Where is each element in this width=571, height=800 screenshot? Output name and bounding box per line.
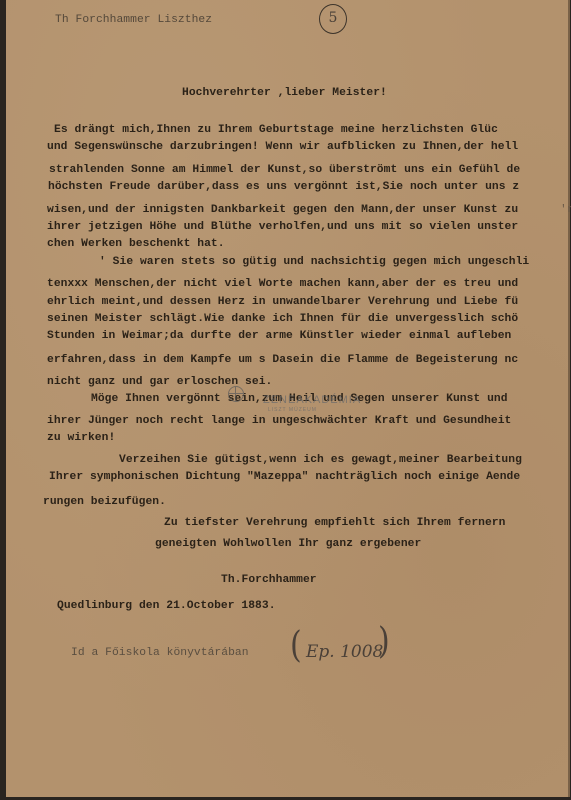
body-line: rungen beizufügen. [43,496,166,509]
body-line: Es drängt mich,Ihnen zu Ihrem Geburtstag… [54,124,498,137]
page-number-circled: 5 [319,4,347,34]
salutation: Hochverehrter ,lieber Meister! [182,87,387,100]
paren-open: ( [290,625,302,667]
body-line: chen Werken beschenkt hat. [47,238,225,251]
body-line: seinen Meister schlägt.Wie danke ich Ihn… [47,313,518,326]
body-line: zu wirken! [47,432,115,445]
handwritten-reference: Ep. 1008 [306,642,383,662]
letter-page: Th Forchhammer Liszthez 5 Hochverehrter … [6,0,570,797]
body-line: ihrer jetzigen Höhe und Blüthe verholfen… [47,221,518,234]
stamp-title: ZENEAKADÉMIA [263,394,361,406]
body-line: erfahren,dass in dem Kampfe um s Dasein … [47,354,518,367]
body-line: Verzeihen Sie gütigst,wenn ich es gewagt… [119,454,522,467]
header-note: Th Forchhammer Liszthez [55,14,212,27]
body-line: ' Sie waren stets so gütig und nachsicht… [99,256,529,269]
body-line: Ihrer symphonischen Dichtung "Mazeppa" n… [49,471,520,484]
body-line: höchsten Freude darüber,dass es uns verg… [48,181,519,194]
closing-line: Zu tiefster Verehrung empfiehlt sich Ihr… [164,517,505,530]
closing-line: geneigten Wohlwollen Ihr ganz ergebener [155,538,421,551]
body-line: wisen,und der innigsten Dankbarkeit gege… [47,204,518,217]
archive-note: Id a Főiskola könyvtárában [71,647,249,660]
body-line: Stunden in Weimar;da durfte der arme Kün… [47,330,511,343]
paren-close: ) [378,621,390,663]
place-date: Quedlinburg den 21.October 1883. [57,600,276,613]
body-line: und Segenswünsche darzubringen! Wenn wir… [47,141,518,154]
stamp-subtitle: LISZT MÚZEUM [268,407,317,413]
margin-mark: 'r [560,204,571,217]
signature: Th.Forchhammer [221,574,317,587]
body-line: strahlenden Sonne am Himmel der Kunst,so… [49,164,520,177]
museum-stamp-icon [228,386,244,402]
body-line: ihrer Jünger noch recht lange in ungesch… [47,415,511,428]
body-line: ehrlich meint,und dessen Herz in unwande… [47,296,518,309]
body-line: tenxxx Menschen,der nicht viel Worte mac… [47,278,518,291]
